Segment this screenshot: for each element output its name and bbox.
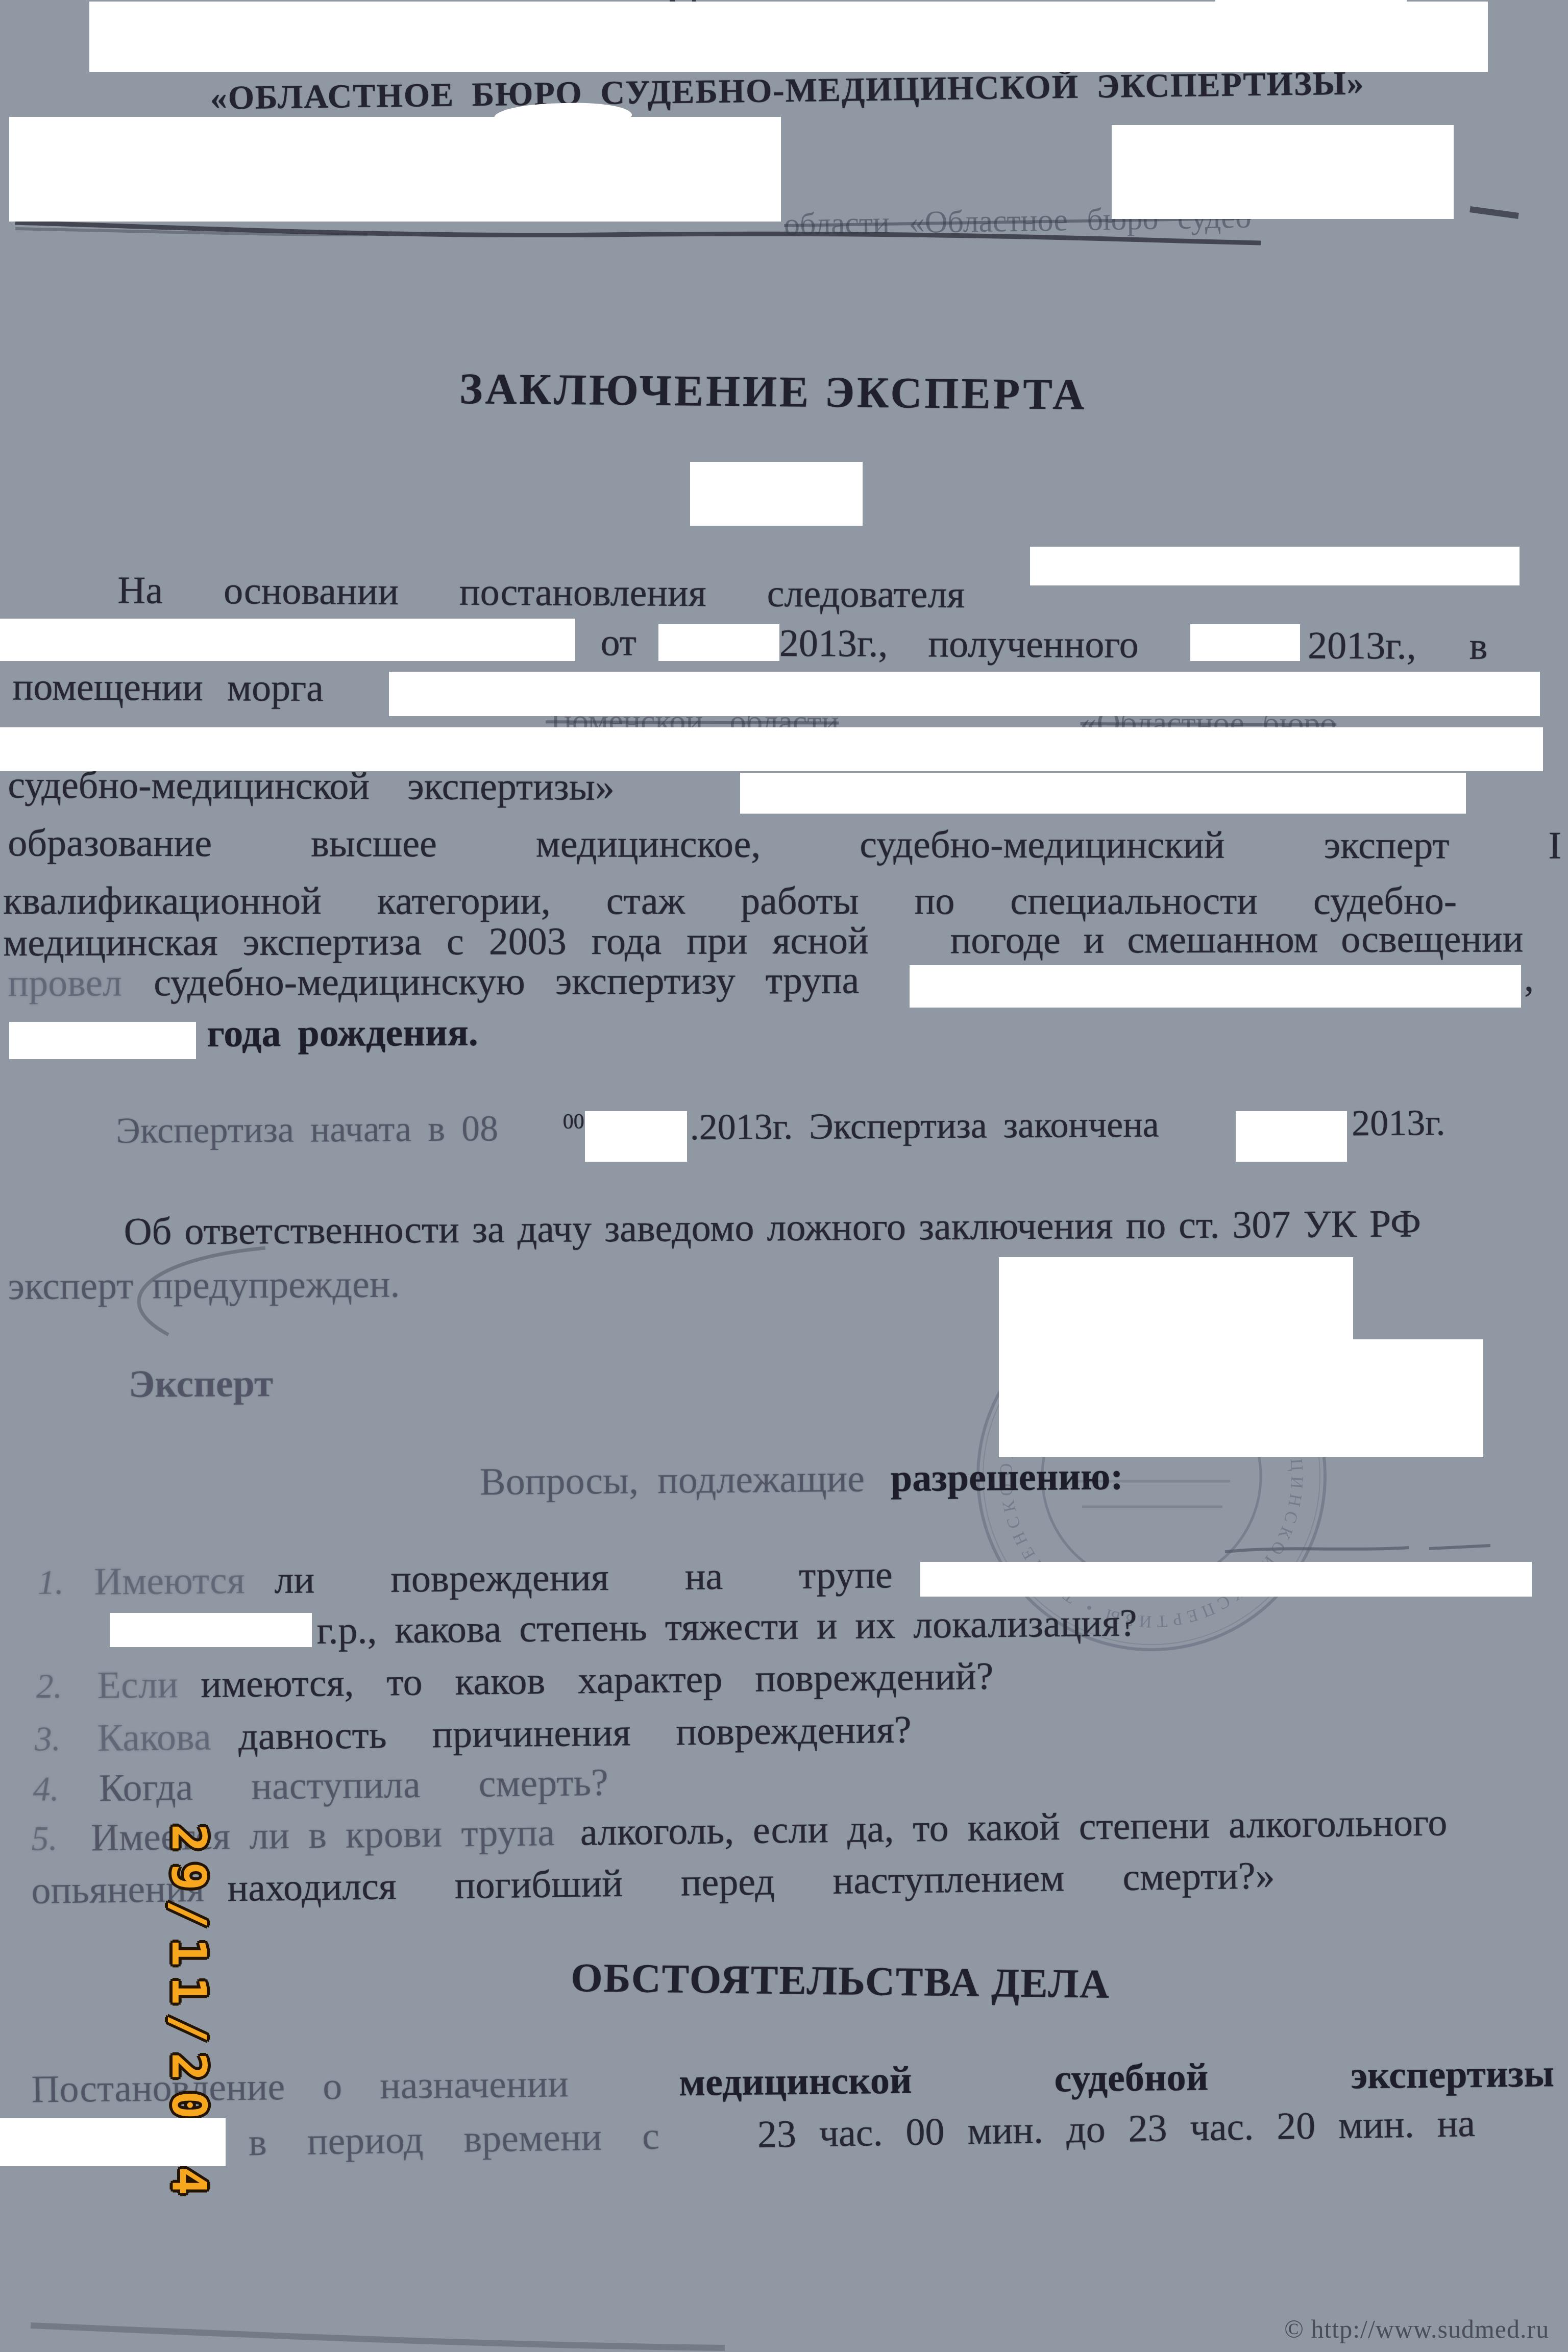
- redaction-box-21: [110, 1613, 312, 1647]
- redaction-box-20: [920, 1562, 1532, 1597]
- redaction-layer: [0, 0, 1568, 2352]
- watermark: © http://www.sudmed.ru: [1284, 2314, 1549, 2344]
- redaction-box-12: [0, 727, 1543, 771]
- redaction-box-1: [89, 2, 1488, 72]
- redaction-box-8: [0, 619, 575, 661]
- redaction-box-15: [9, 1022, 196, 1059]
- redaction-box-11: [389, 672, 1540, 717]
- redaction-box-2: [1215, 0, 1407, 8]
- redaction-box-16: [585, 1111, 687, 1162]
- redaction-box-7: [1030, 547, 1519, 585]
- redaction-box-6: [690, 462, 863, 525]
- redaction-box-5: [1112, 125, 1454, 218]
- redaction-box-4: [9, 117, 780, 222]
- redaction-box-19: [1350, 1339, 1483, 1457]
- redaction-box-17: [1236, 1111, 1347, 1162]
- redaction-box-10: [1190, 624, 1300, 660]
- redaction-box-14: [910, 965, 1521, 1008]
- redaction-box-13: [740, 773, 1466, 814]
- redaction-box-18: [999, 1257, 1353, 1457]
- document-photo: ОБЛАСТНОЕ БЮРО СУДЕБНО-МЕДИЦИНСКОЙ ЭКСПЕ…: [0, 0, 1568, 2352]
- redaction-box-22: [0, 2118, 226, 2166]
- redaction-box-9: [658, 624, 779, 660]
